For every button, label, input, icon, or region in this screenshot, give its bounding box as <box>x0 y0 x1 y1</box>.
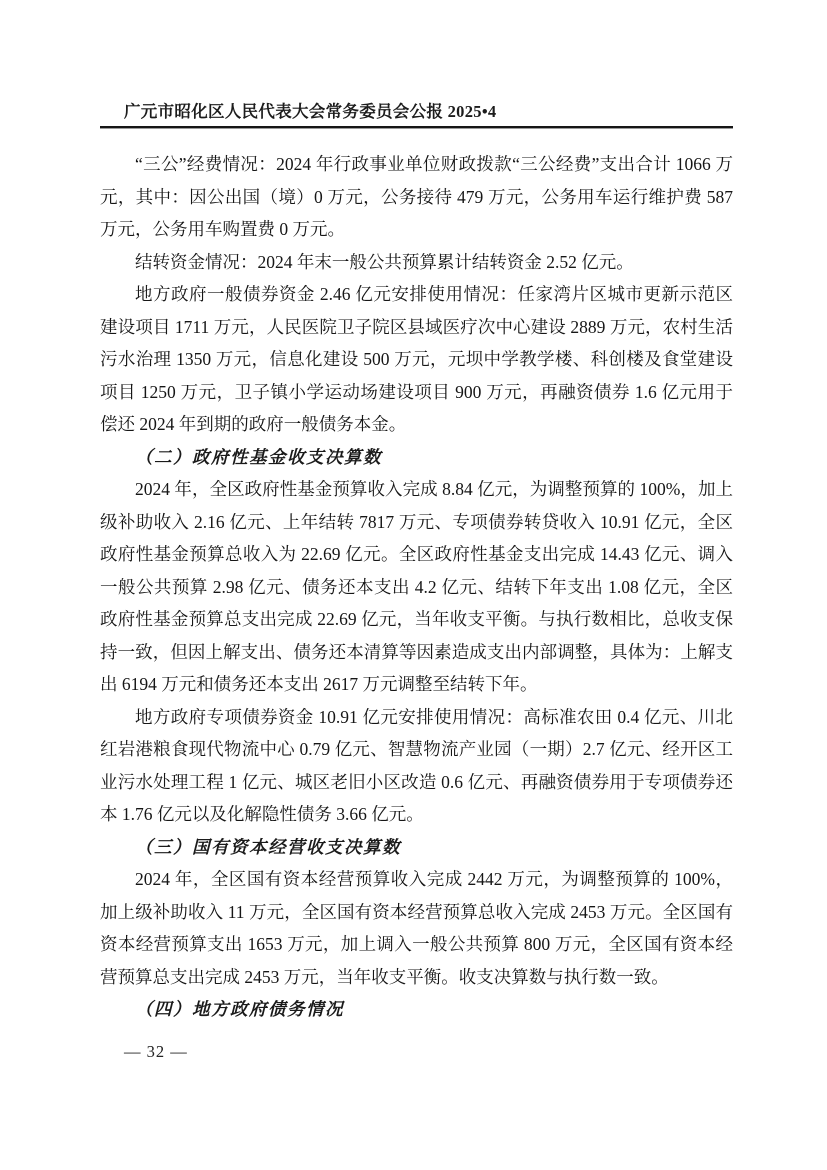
body-paragraph-general-bonds: 地方政府一般债券资金 2.46 亿元安排使用情况：任家湾片区城市更新示范区建设项… <box>100 278 733 441</box>
bulletin-header-title: 广元市昭化区人民代表大会常务委员会公报 2025•4 <box>124 98 496 122</box>
section-heading-government-funds: （二）政府性基金收支决算数 <box>100 441 733 474</box>
document-body: “三公”经费情况：2024 年行政事业单位财政拨款“三公经费”支出合计 1066… <box>100 148 733 1026</box>
document-page: 广元市昭化区人民代表大会常务委员会公报 2025•4 “三公”经费情况：2024… <box>0 0 827 1170</box>
body-paragraph-state-capital-accounts: 2024 年，全区国有资本经营预算收入完成 2442 万元，为调整预算的 100… <box>100 863 733 993</box>
body-paragraph-government-funds-accounts: 2024 年，全区政府性基金预算收入完成 8.84 亿元，为调整预算的 100%… <box>100 473 733 701</box>
page-number: — 32 — <box>124 1042 188 1062</box>
body-paragraph-special-bonds: 地方政府专项债券资金 10.91 亿元安排使用情况：高标准农田 0.4 亿元、川… <box>100 701 733 831</box>
body-paragraph-carryover-funds: 结转资金情况：2024 年末一般公共预算累计结转资金 2.52 亿元。 <box>100 246 733 279</box>
header-rule <box>100 126 733 130</box>
body-paragraph-sangong-expenses: “三公”经费情况：2024 年行政事业单位财政拨款“三公经费”支出合计 1066… <box>100 148 733 246</box>
section-heading-state-capital: （三）国有资本经营收支决算数 <box>100 831 733 864</box>
section-heading-local-debt: （四）地方政府债务情况 <box>100 993 733 1026</box>
